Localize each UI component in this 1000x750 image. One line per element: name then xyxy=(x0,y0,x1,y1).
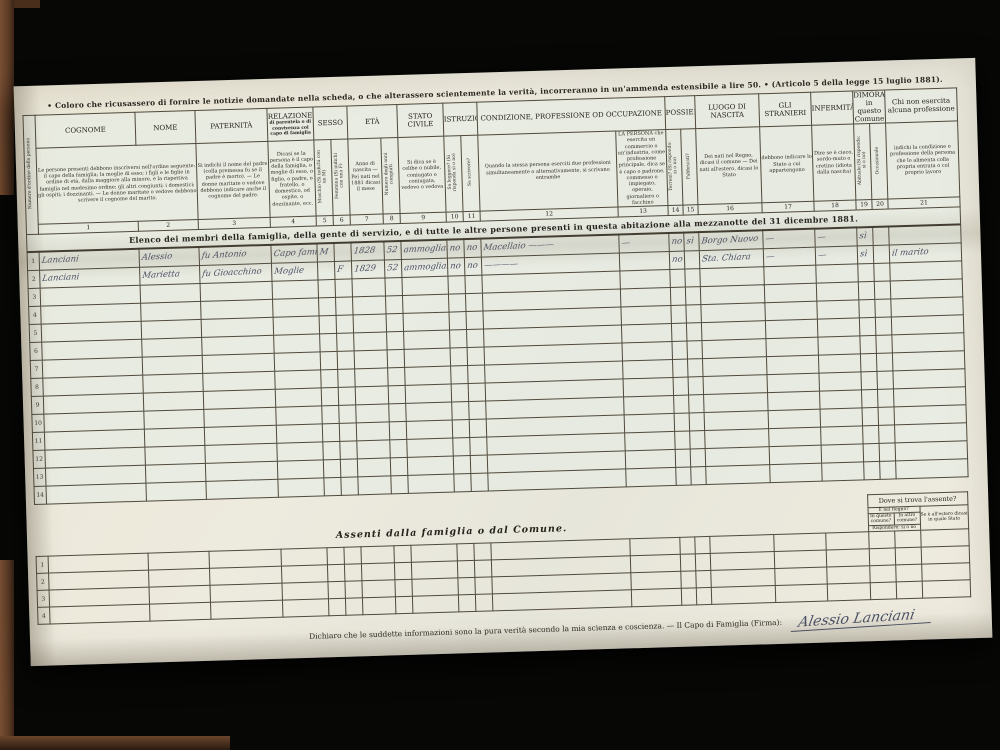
absent-cell xyxy=(458,578,476,595)
absent-cell xyxy=(281,565,328,583)
column-description-text: Sa scrivere? xyxy=(467,158,473,186)
data-cell xyxy=(450,347,468,365)
data-cell xyxy=(620,269,671,288)
data-cell: Capo famiglia xyxy=(271,244,318,263)
data-cell xyxy=(200,281,273,301)
column-number: 19 xyxy=(856,200,872,210)
data-cell xyxy=(408,474,455,493)
column-group-subtitle: di parentela o di convivenza col capo di… xyxy=(268,120,313,137)
data-cell xyxy=(891,297,964,317)
data-cell xyxy=(145,463,206,483)
column-description: debbono indicare lo Stato a cui apparten… xyxy=(760,125,814,203)
data-cell xyxy=(357,440,391,459)
absent-cell xyxy=(328,582,346,599)
data-cell: fu Antonio xyxy=(199,245,272,265)
data-cell xyxy=(768,391,821,411)
data-cell: F xyxy=(334,261,352,279)
absent-cell xyxy=(710,535,775,554)
data-cell xyxy=(876,353,893,371)
data-cell xyxy=(700,266,765,286)
absent-cell xyxy=(475,560,493,577)
data-cell xyxy=(624,395,675,414)
data-cell xyxy=(890,279,963,299)
data-cell xyxy=(818,354,861,373)
data-cell xyxy=(623,377,674,396)
data-cell: sì xyxy=(684,232,700,250)
data-cell xyxy=(893,368,966,388)
absent-cell xyxy=(894,530,921,548)
data-cell xyxy=(451,365,469,383)
data-cell xyxy=(622,341,673,360)
data-cell xyxy=(201,317,274,337)
data-cell xyxy=(404,348,451,367)
data-cell xyxy=(470,455,488,473)
absent-cell xyxy=(827,566,870,584)
data-cell xyxy=(278,478,325,497)
data-cell xyxy=(816,264,859,283)
absent-cell xyxy=(361,546,395,564)
handwritten-entry: 52 xyxy=(385,263,399,274)
absent-cell xyxy=(475,577,493,594)
column-number: 14 xyxy=(668,205,683,215)
handwritten-entry: — xyxy=(815,250,827,261)
data-cell xyxy=(318,279,336,297)
data-cell xyxy=(673,377,689,395)
handwritten-entry: no xyxy=(669,255,683,266)
data-cell xyxy=(402,276,449,295)
data-cell xyxy=(877,371,894,389)
data-cell xyxy=(334,243,352,261)
data-cell xyxy=(769,445,822,465)
absent-cell xyxy=(695,554,711,571)
data-cell xyxy=(406,402,453,421)
data-cell xyxy=(467,329,485,347)
data-cell xyxy=(624,413,675,432)
data-cell xyxy=(338,387,356,405)
data-cell xyxy=(389,421,407,439)
row-number: 3 xyxy=(28,288,41,306)
column-group-title: DIMORA in questo Comune xyxy=(853,90,886,124)
absent-cell xyxy=(826,532,869,550)
column-description-text: Terreni? (Si risponda: sì o no) xyxy=(669,139,680,193)
data-cell xyxy=(766,337,819,357)
data-cell xyxy=(320,351,338,369)
data-cell xyxy=(276,424,323,443)
data-cell: 52 xyxy=(384,241,402,259)
data-cell xyxy=(817,300,860,319)
data-cell xyxy=(448,293,466,311)
data-cell xyxy=(353,314,387,333)
handwritten-entry: fu Antonio xyxy=(199,250,247,262)
data-cell xyxy=(466,311,484,329)
person-order-label: Numero d'ordine della persona xyxy=(27,137,34,208)
declaration-text: Dichiaro che le suddette informazioni so… xyxy=(309,618,782,641)
absent-cell xyxy=(869,548,896,566)
data-cell xyxy=(465,275,483,293)
data-cell: Sta. Chiara xyxy=(699,248,764,268)
data-cell xyxy=(702,338,767,358)
column-description-text: Numero degli anni compiuti xyxy=(385,147,396,201)
absent-cell xyxy=(411,544,458,562)
data-cell: — xyxy=(619,233,670,252)
column-description-text: Occasionale xyxy=(876,146,882,174)
data-cell xyxy=(705,446,770,466)
data-cell xyxy=(471,473,489,491)
data-cell: 1829 xyxy=(351,260,385,279)
data-cell xyxy=(671,305,687,323)
data-cell xyxy=(764,283,817,303)
column-description: Si indichi il nome del padre (colla prem… xyxy=(196,142,270,220)
data-cell xyxy=(406,420,453,439)
absent-cell xyxy=(395,597,413,614)
data-cell xyxy=(690,448,706,466)
data-cell xyxy=(895,440,968,460)
absent-cell xyxy=(328,599,346,616)
column-description-text: Maschio (Si indichi con un M) xyxy=(318,149,329,203)
data-cell xyxy=(391,475,409,493)
absent-cell xyxy=(412,578,459,596)
absent-cell xyxy=(344,547,362,564)
data-cell xyxy=(454,473,472,491)
data-cell xyxy=(892,333,965,353)
data-cell xyxy=(704,392,769,412)
data-cell xyxy=(468,365,486,383)
data-cell xyxy=(890,261,963,281)
data-cell: sì xyxy=(857,245,874,263)
data-cell xyxy=(859,299,876,317)
data-cell: 1828 xyxy=(351,242,385,261)
data-cell: no xyxy=(464,239,482,257)
absent-cell xyxy=(476,594,494,611)
data-cell xyxy=(339,423,357,441)
data-cell xyxy=(450,329,468,347)
data-cell xyxy=(388,367,406,385)
data-cell xyxy=(405,366,452,385)
data-cell xyxy=(352,296,386,315)
data-cell xyxy=(354,332,388,351)
data-cell xyxy=(860,335,877,353)
data-cell xyxy=(703,374,768,394)
wood-edge-top-left xyxy=(0,0,14,195)
absent-cell xyxy=(681,588,697,605)
absent-cell xyxy=(895,564,922,582)
data-cell xyxy=(873,227,890,245)
handwritten-entry: — xyxy=(619,239,631,250)
data-cell: no xyxy=(447,257,465,275)
data-cell xyxy=(690,430,706,448)
data-cell xyxy=(671,323,687,341)
photo-backdrop: • Coloro che ricusassero di fornire le n… xyxy=(0,0,1000,750)
data-cell: — xyxy=(763,247,816,267)
row-number: 9 xyxy=(31,396,44,414)
handwritten-entry: no xyxy=(464,261,478,272)
data-cell xyxy=(895,422,968,442)
data-cell xyxy=(141,319,202,339)
data-cell xyxy=(276,406,323,425)
handwritten-entry: 52 xyxy=(384,245,398,256)
column-group-title: PATERNITÀ xyxy=(195,108,268,143)
column-group-title: Chi non esercita alcuna professione xyxy=(885,88,958,123)
handwritten-entry: no xyxy=(464,243,478,254)
data-cell xyxy=(621,305,672,324)
data-cell xyxy=(469,401,487,419)
column-description-text: Sa leggere? (Si risponda sì o no) xyxy=(448,146,459,200)
data-cell xyxy=(202,335,275,355)
data-cell xyxy=(352,278,386,297)
data-cell xyxy=(859,317,876,335)
data-cell xyxy=(861,371,878,389)
absent-cell xyxy=(680,537,696,554)
absent-cell xyxy=(327,548,345,565)
data-cell: il marito xyxy=(889,243,962,263)
handwritten-entry: Capo famiglia xyxy=(271,247,317,260)
absent-cell xyxy=(921,563,970,581)
data-cell xyxy=(706,464,771,484)
data-cell: fu Gioacchino xyxy=(199,263,272,283)
data-cell xyxy=(451,383,469,401)
data-cell xyxy=(143,391,204,411)
data-cell xyxy=(203,389,276,409)
data-cell xyxy=(452,401,470,419)
data-cell xyxy=(892,350,965,370)
data-cell xyxy=(403,312,450,331)
handwritten-entry: sì xyxy=(684,237,694,247)
absent-row-number: 2 xyxy=(37,573,50,590)
data-cell xyxy=(336,297,354,315)
data-cell xyxy=(896,458,969,478)
column-group-title: LUOGO DI NASCITA xyxy=(695,94,760,129)
row-number: 4 xyxy=(29,306,42,324)
data-cell xyxy=(821,426,864,445)
data-cell xyxy=(143,373,204,393)
data-cell xyxy=(386,313,404,331)
data-cell xyxy=(689,394,705,412)
column-group-title: GLI STRANIERI xyxy=(759,92,812,127)
data-cell xyxy=(684,250,700,268)
absent-cell xyxy=(681,571,697,588)
data-cell xyxy=(387,349,405,367)
absent-box-other-commune: In altro comune? xyxy=(894,512,920,525)
data-cell xyxy=(465,293,483,311)
absent-cell xyxy=(458,561,476,578)
absent-cell xyxy=(631,572,682,590)
data-cell xyxy=(673,359,689,377)
data-cell: — xyxy=(815,246,858,265)
data-cell xyxy=(390,457,408,475)
data-cell: Moglie xyxy=(271,262,318,281)
data-cell: 52 xyxy=(384,259,402,277)
absent-cell xyxy=(208,549,281,568)
data-cell xyxy=(206,479,279,499)
data-cell xyxy=(874,281,891,299)
data-cell xyxy=(145,445,206,465)
column-group-title: POSSIEDE xyxy=(665,96,696,130)
data-cell xyxy=(818,336,861,355)
handwritten-entry: Sta. Chiara xyxy=(699,252,751,264)
absent-cell xyxy=(282,582,329,600)
absent-cell xyxy=(680,554,696,571)
data-cell xyxy=(142,337,203,357)
absent-cell xyxy=(394,546,412,563)
data-cell xyxy=(860,353,877,371)
data-cell xyxy=(205,443,278,463)
data-cell xyxy=(704,410,769,430)
row-number: 2 xyxy=(28,270,41,288)
data-cell xyxy=(880,461,897,479)
handwritten-entry: sì xyxy=(857,249,867,259)
data-cell xyxy=(686,322,702,340)
row-number: 5 xyxy=(29,324,42,342)
data-cell xyxy=(275,370,322,389)
data-cell xyxy=(879,443,896,461)
column-group-title: RELAZIONEdi parentela o di convivenza co… xyxy=(267,107,314,142)
data-cell xyxy=(621,323,672,342)
data-cell xyxy=(822,462,865,481)
data-cell xyxy=(467,347,485,365)
handwritten-entry: Borgo Nuovo xyxy=(699,234,759,247)
absent-cell xyxy=(868,531,895,549)
data-cell xyxy=(821,444,864,463)
data-cell xyxy=(873,245,890,263)
column-group-title: NOME xyxy=(135,111,196,146)
column-description: Dicasi se la persona è il capo della fam… xyxy=(268,140,316,217)
handwritten-entry: ammogliata xyxy=(401,261,447,274)
data-cell xyxy=(203,371,276,391)
column-description: Si dica se è celibe o nubile, coniugato … xyxy=(398,136,446,213)
absent-cell xyxy=(710,552,775,571)
absent-cell xyxy=(895,547,922,565)
data-cell xyxy=(201,299,274,319)
data-cell xyxy=(765,301,818,321)
data-cell xyxy=(321,387,339,405)
data-cell xyxy=(385,295,403,313)
column-group-title: STATO CIVILE xyxy=(397,103,444,138)
row-number: 12 xyxy=(33,450,46,468)
data-cell xyxy=(674,395,690,413)
absent-box-estero: Se è all'estero dicasi in quale Stato xyxy=(920,504,969,530)
data-cell xyxy=(468,383,486,401)
absent-cell xyxy=(775,567,828,586)
data-cell xyxy=(322,405,340,423)
data-cell: ammogliata xyxy=(401,258,448,277)
handwritten-entry: — xyxy=(763,234,775,245)
absent-row-number: 4 xyxy=(38,607,51,624)
column-number: 11 xyxy=(463,211,480,222)
handwritten-entry: Macellaio ——— xyxy=(481,240,555,253)
data-cell xyxy=(273,298,320,317)
row-number: 14 xyxy=(34,486,47,504)
data-cell: Borgo Nuovo xyxy=(699,230,764,250)
data-cell xyxy=(355,386,389,405)
absent-cell xyxy=(344,564,362,581)
census-sheet: • Coloro che ricusassero di fornire le n… xyxy=(14,58,993,666)
absent-cell xyxy=(149,586,210,605)
data-cell xyxy=(453,437,471,455)
absent-cell xyxy=(711,569,776,588)
absent-cell xyxy=(869,565,896,583)
column-number: 10 xyxy=(446,212,463,222)
data-cell xyxy=(670,287,686,305)
handwritten-entry: M xyxy=(317,247,329,258)
data-cell xyxy=(819,372,862,391)
data-cell xyxy=(202,353,275,373)
column-number: 6 xyxy=(333,215,350,225)
data-cell xyxy=(469,419,487,437)
handwritten-entry: — xyxy=(763,252,775,263)
data-cell xyxy=(338,369,356,387)
absent-cell xyxy=(282,599,329,617)
handwritten-entry: fu Gioacchino xyxy=(200,267,263,280)
data-cell xyxy=(620,287,671,306)
data-cell xyxy=(322,423,340,441)
data-cell xyxy=(891,315,964,335)
data-cell xyxy=(385,277,403,295)
data-cell xyxy=(356,422,390,441)
absent-cell xyxy=(696,571,712,588)
data-cell xyxy=(277,460,324,479)
data-cell xyxy=(407,456,454,475)
data-cell: M xyxy=(317,243,335,261)
row-number: 11 xyxy=(32,432,45,450)
absent-cell xyxy=(281,548,328,566)
column-group-title: ETÀ xyxy=(347,105,398,140)
data-cell xyxy=(767,355,820,375)
handwritten-entry: Lanciani xyxy=(39,255,79,267)
absent-cell xyxy=(493,590,632,611)
absent-row-number: 1 xyxy=(36,556,49,573)
handwritten-entry: Lanciani xyxy=(40,272,80,284)
handwritten-entry: ammogliato xyxy=(401,243,447,256)
data-cell xyxy=(676,467,692,485)
data-cell: sì xyxy=(857,227,874,245)
data-cell xyxy=(340,459,358,477)
data-cell xyxy=(863,425,880,443)
data-cell xyxy=(339,405,357,423)
row-number: 10 xyxy=(32,414,45,432)
data-cell xyxy=(878,389,895,407)
absent-cell xyxy=(459,595,477,612)
absent-row-number: 3 xyxy=(37,590,50,607)
data-cell xyxy=(275,388,322,407)
absent-cell xyxy=(629,538,680,556)
row-number: 1 xyxy=(27,252,40,270)
absent-cell xyxy=(361,563,395,581)
data-cell xyxy=(816,282,859,301)
data-cell xyxy=(670,269,686,287)
data-cell: — xyxy=(815,228,858,247)
column-description: Quando la stessa persona eserciti due pr… xyxy=(478,131,618,211)
data-cell xyxy=(875,317,892,335)
data-cell xyxy=(358,476,392,495)
data-cell xyxy=(689,412,705,430)
absent-cell xyxy=(631,589,682,607)
handwritten-entry: 1829 xyxy=(352,264,377,275)
data-cell xyxy=(452,419,470,437)
data-cell: Alessio xyxy=(139,247,200,267)
data-cell xyxy=(274,352,321,371)
absent-cell xyxy=(922,580,971,598)
data-cell xyxy=(405,384,452,403)
data-cell: no xyxy=(464,257,482,275)
data-cell xyxy=(407,438,454,457)
column-number: 15 xyxy=(683,205,698,215)
data-cell xyxy=(894,404,967,424)
data-cell: no xyxy=(447,239,465,257)
data-cell xyxy=(764,265,817,285)
data-cell xyxy=(889,225,962,245)
handwritten-entry: Moglie xyxy=(272,266,305,278)
data-cell xyxy=(705,428,770,448)
